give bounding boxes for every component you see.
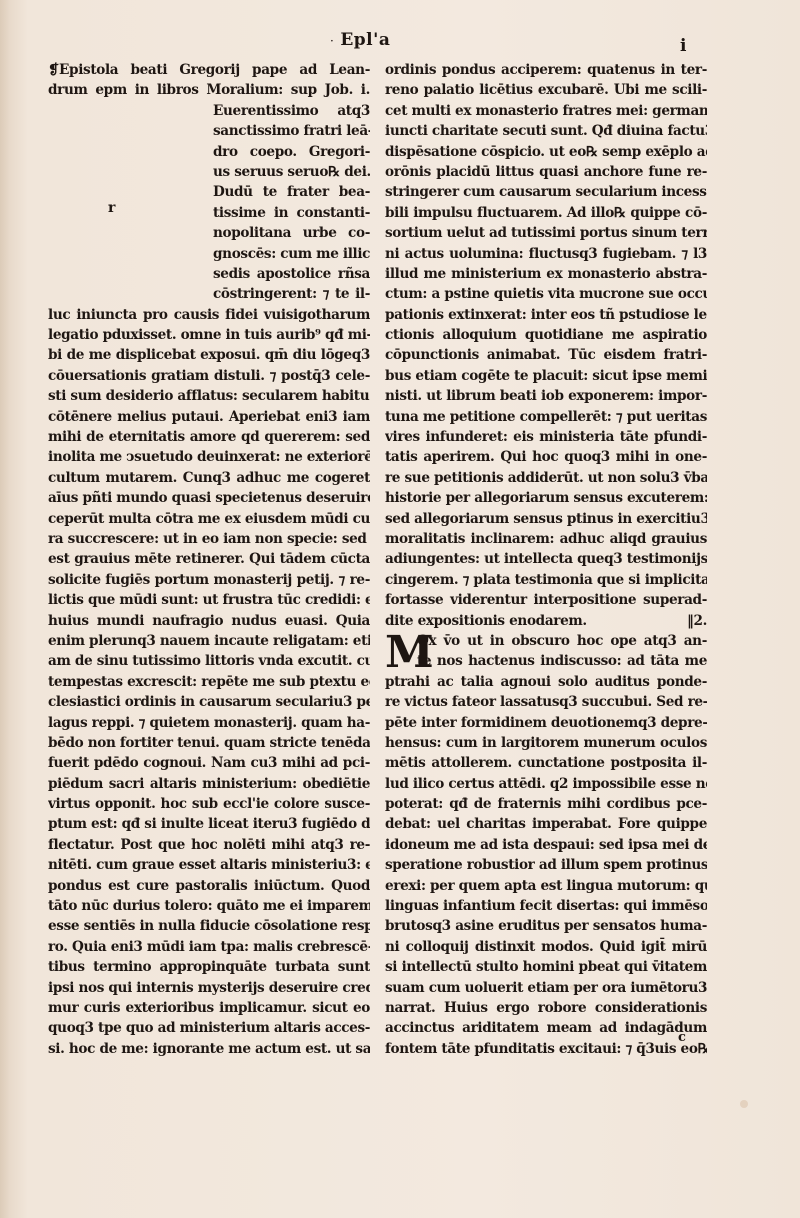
text-line: pēte inter formidinem deuotionemq3 depre… <box>385 713 707 733</box>
text-line: pondus est cure pastoralis iniūctum. Quo… <box>48 876 370 896</box>
text-line: debat: uel charitas imperabat. Fore quip… <box>385 814 707 834</box>
text-line: idoneum me ad ista despaui: sed ipsa mei… <box>385 835 707 855</box>
text-line: mētis attollerem. cunctatione postposita… <box>385 753 707 773</box>
text-line: fortasse viderentur interpositione super… <box>385 590 707 610</box>
section-end-line: dite expositionis enodarem. ‖2. <box>385 611 707 631</box>
text-line: fontem tāte pfunditatis excitaui: ⁊ q̄3u… <box>385 1039 707 1059</box>
text-line: orōnis placidū littus quasi anchore fune… <box>385 162 707 182</box>
text-line: suam cum uoluerit etiam per ora iumētoru… <box>385 978 707 998</box>
running-head: ·Epl'a <box>330 30 390 50</box>
text-line: accinctus ariditatem meam ad indagādum <box>385 1018 707 1038</box>
body-text: ordinis pondus acciperem: quatenus in te… <box>385 60 707 611</box>
text-line: Dudū te frater bea- <box>48 182 370 202</box>
indented-block: Euerentissimo atq3sanctissimo fratri leā… <box>48 101 370 305</box>
text-line: cōstringerent: ⁊ te il- <box>48 284 370 304</box>
text-line: quoq3 tpe quo ad ministerium altaris acc… <box>48 1018 370 1038</box>
text-line: cōtēnere melius putaui. Aperiebat eni3 i… <box>48 407 370 427</box>
text-line: hensus: cum in largitorem munerum oculos <box>385 733 707 753</box>
text-line: flectatur. Post que hoc nolēti mihi atq3… <box>48 835 370 855</box>
text-line: ni colloquij distinxit modos. Quid igit̄… <box>385 937 707 957</box>
text-line: lagus reppi. ⁊ quietem monasterij. quam … <box>48 713 370 733</box>
text-line: sortium uelut ad tutissimi portus sinum … <box>385 223 707 243</box>
text-line: si. hoc de me: ignorante me actum est. u… <box>48 1039 370 1059</box>
folio-number: i <box>680 36 686 56</box>
text-line: cōpunctionis animabat. Tūc eisdem fratri… <box>385 345 707 365</box>
body-text: ptrahi ac talia agnoui solo auditus pond… <box>385 672 707 1059</box>
running-head-dot: · <box>330 34 334 48</box>
text-line: moralitatis inclinarem: adhuc aliqd grau… <box>385 529 707 549</box>
text-line: fuerit pdēdo cognoui. Nam cu3 mihi ad pc… <box>48 753 370 773</box>
text-line: nitēti. cum graue esset altaris minister… <box>48 855 370 875</box>
text-line: esse sentiēs in nulla fiducie cōsolation… <box>48 916 370 936</box>
text-line: est grauius mēte retinerer. Qui tādem cū… <box>48 549 370 569</box>
book-page: ·Epl'a i r ❡Epistola beati Gregorij pape… <box>0 0 800 1218</box>
text-line: ptum est: qđ si inulte liceat iteru3 fug… <box>48 814 370 834</box>
text-line: cultum mutarem. Cunq3 adhuc me cogeret <box>48 468 370 488</box>
heading-line: ❡Epistola beati Gregorij pape ad Lean- <box>48 60 370 80</box>
text-line: lictis que mūdi sunt: ut frustra tūc cre… <box>48 590 370 610</box>
text-line: ctum: a pstine quietis vita mucrone sue … <box>385 284 707 304</box>
text-line: cingerem. ⁊ plata testimonia que si impl… <box>385 570 707 590</box>
initial-block: M Ox v̄o ut in obscuro hoc ope atq3 an- … <box>385 631 707 672</box>
text-line: ra succrescere: ut in eo iam non specie:… <box>48 529 370 549</box>
heading-line: drum epm in libros Moralium: sup Job. i. <box>48 80 370 100</box>
text-line: gnoscēs: cum me illic <box>48 244 370 264</box>
text-line: legatio pduxisset. omne in tuis aurib⁹ q… <box>48 325 370 345</box>
text-line: vires infunderet: eis ministeria tāte pf… <box>385 427 707 447</box>
text-line: narrat. Huius ergo robore considerationi… <box>385 998 707 1018</box>
text-line: cet multi ex monasterio fratres mei: ger… <box>385 101 707 121</box>
text-line: bēdo non fortiter tenui. quam stricte te… <box>48 733 370 753</box>
decorated-initial: M <box>385 633 433 673</box>
running-head-text: Epl'a <box>340 30 390 50</box>
text-line: pationis extinxerat: inter eos tñ pstudi… <box>385 305 707 325</box>
text-line: reno palatio licētius excubarē. Ubi me s… <box>385 80 707 100</box>
text-line: ipsi nos qui internis mysterijs deseruir… <box>48 978 370 998</box>
body-text: luc iniuncta pro causis fidei vuisigotha… <box>48 305 370 1059</box>
text-line: inolita me ↄsuetudo deuinxerat: ne exter… <box>48 447 370 467</box>
text-line: lud ilico certus attēdi. q2 impossibile … <box>385 774 707 794</box>
text-line: bili impulsu fluctuarem. Ad illo℞ quippe… <box>385 203 707 223</box>
text-line: tissime in constanti- <box>48 203 370 223</box>
paper-stain <box>740 1100 748 1108</box>
text-line: huius mundi naufragio nudus euasi. Quia <box>48 611 370 631</box>
text-line: luc iniuncta pro causis fidei vuisigotha… <box>48 305 370 325</box>
text-line: stringerer cum causarum secularium inces… <box>385 182 707 202</box>
text-line: solicite fugiēs portum monasterij petij.… <box>48 570 370 590</box>
text-line: us seruus seruo℞ dei. <box>48 162 370 182</box>
text-line: brutosq3 asine eruditus per sensatos hum… <box>385 916 707 936</box>
text-line: erexi: per quem apta est lingua mutorum:… <box>385 876 707 896</box>
text-line: aīus pñti mundo quasi specietenus deseru… <box>48 488 370 508</box>
text-line: mur curis exterioribus implicamur. sicut… <box>48 998 370 1018</box>
text-line: tuna me petitione compellerēt: ⁊ put uer… <box>385 407 707 427</box>
text-line: sed allegoriarum sensus ptinus in exerci… <box>385 509 707 529</box>
text-line: iuncti charitate secuti sunt. Qđ diuina … <box>385 121 707 141</box>
text-line: dro coepo. Gregori- <box>48 142 370 162</box>
text-line: am de sinu tutissimo littoris vnda excut… <box>48 651 370 671</box>
text-line: ptrahi ac talia agnoui solo auditus pond… <box>385 672 707 692</box>
text-line: speratione robustior ad illum spem proti… <box>385 855 707 875</box>
text-line: ordinis pondus acciperem: quatenus in te… <box>385 60 707 80</box>
text-line: sanctissimo fratri leā- <box>48 121 370 141</box>
text-line: linguas infantium fecit disertas: qui im… <box>385 896 707 916</box>
text-line: tāto nūc durius tolero: quāto me ei impa… <box>48 896 370 916</box>
right-column: ordinis pondus acciperem: quatenus in te… <box>385 60 707 1059</box>
text-line: ctionis alloquium quotidiane me aspirati… <box>385 325 707 345</box>
text-line: re sue petitionis addiderūt. ut non solu… <box>385 468 707 488</box>
text-line: mihi de eternitatis amore qd quererem: s… <box>48 427 370 447</box>
text-line: nopolitana urbe co- <box>48 223 370 243</box>
text-line: bi de me displicebat exposui. qm̄ diu lō… <box>48 345 370 365</box>
text-line: ro. Quia eni3 mūdi iam tpa: malis crebre… <box>48 937 370 957</box>
text-line: adiungentes: ut intellecta queq3 testimo… <box>385 549 707 569</box>
text-line: re victus fateor lassatusq3 succubui. Se… <box>385 692 707 712</box>
left-column: ❡Epistola beati Gregorij pape ad Lean- d… <box>48 60 370 1059</box>
section-mark: ‖2. <box>687 611 707 631</box>
text-line: tempestas excrescit: repēte me sub ptext… <box>48 672 370 692</box>
text-line: bus etiam cogēte te placuit: sicut ipse … <box>385 366 707 386</box>
text-line: si intellectū stulto homini pbeat qui v̄… <box>385 957 707 977</box>
text-line: ni actus uolumina: fluctusq3 fugiebam. ⁊… <box>385 244 707 264</box>
text-line: poterat: qđ de fraternis mihi cordibus p… <box>385 794 707 814</box>
text-line: tatis aperirem. Qui hoc quoq3 mihi in on… <box>385 447 707 467</box>
text-line: clesiastici ordinis in causarum seculari… <box>48 692 370 712</box>
text-line: dispēsatione cōspicio. ut eo℞ semp exēpl… <box>385 142 707 162</box>
signature-mark: c <box>678 1030 686 1045</box>
text-line: cōuersationis gratiam distuli. ⁊ postq̄3… <box>48 366 370 386</box>
text-line: sti sum desiderio afflatus: secularem ha… <box>48 386 370 406</box>
text-line: nisti. ut librum beati iob exponerem: im… <box>385 386 707 406</box>
text-line: ceperūt multa cōtra me ex eiusdem mūdi c… <box>48 509 370 529</box>
text-line: Euerentissimo atq3 <box>48 101 370 121</box>
text-line: enim plerunq3 nauem incaute religatam: e… <box>48 631 370 651</box>
text-line: piēdum sacri altaris ministerium: obediē… <box>48 774 370 794</box>
text-line: sedis apostolice rñsa <box>48 264 370 284</box>
text-line: historie per allegoriarum sensus excuter… <box>385 488 707 508</box>
text-line: illud me ministerium ex monasterio abstr… <box>385 264 707 284</box>
text-line: tibus termino appropinquāte turbata sunt <box>48 957 370 977</box>
text-line: virtus opponit. hoc sub eccl'ie colore s… <box>48 794 370 814</box>
